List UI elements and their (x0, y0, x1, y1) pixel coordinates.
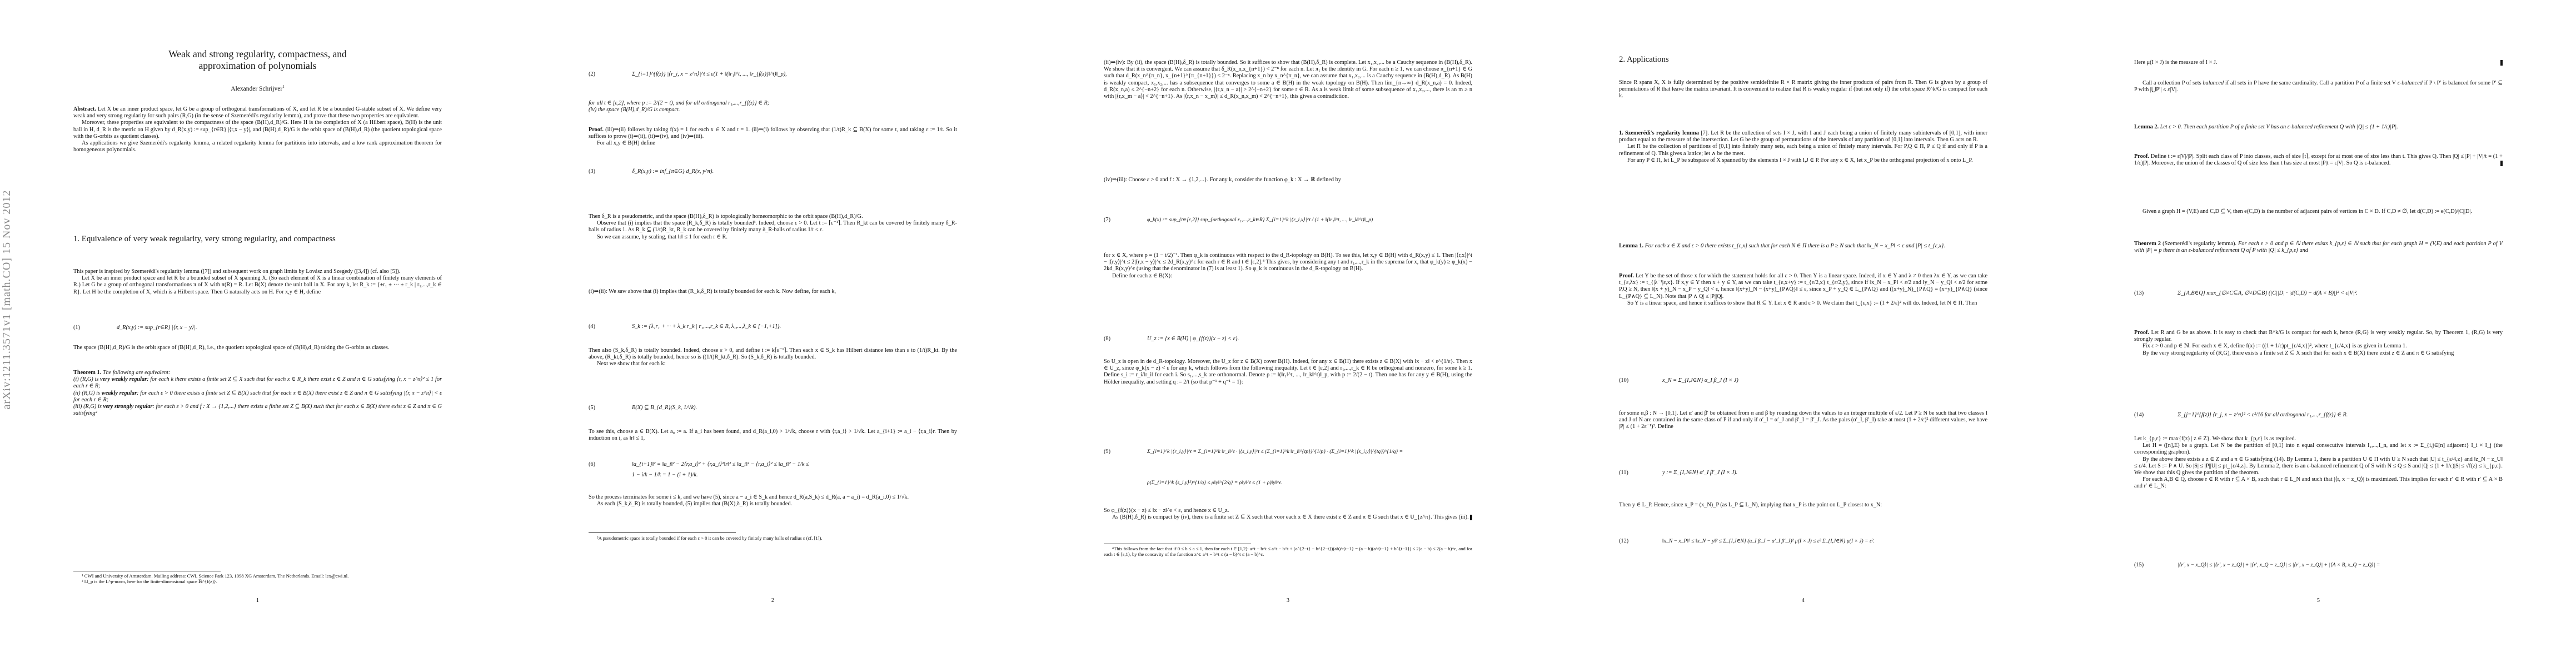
page-4: 2. Applications Since R spans X, X is fu… (1546, 0, 2061, 667)
arxiv-stamp: arXiv:1211.3571v1 [math.CO] 15 Nov 2012 (1, 130, 13, 469)
footnote-rule (73, 571, 221, 571)
page-1: arXiv:1211.3571v1 [math.CO] 15 Nov 2012 … (0, 0, 515, 667)
page-number: 5 (2061, 598, 2576, 604)
footnote-rule (1104, 544, 1251, 544)
footnotes: ¹ CWI and University of Amsterdam. Maili… (73, 573, 442, 584)
page-number: 1 (0, 598, 515, 604)
author: Alexander Schrijver1 (73, 84, 442, 92)
qed-mark (2500, 60, 2503, 66)
lemma-1: Lemma 1. For each x ∈ X and ε > 0 there … (1619, 243, 1987, 250)
proof: Proof. (iii)⇒(ii) follows by taking f(x)… (589, 127, 957, 147)
page-number: 4 (1546, 598, 2061, 604)
lemma-2: Lemma 2. Let ε > 0. Then each partition … (2134, 124, 2503, 131)
page-3: (ii)⇒(iv): By (ii), the space (B(H),δ_R)… (1030, 0, 1546, 667)
paper-title: Weak and strong regularity, compactness,… (73, 48, 442, 72)
equation-6: (6) ‖a_{i+1}‖² = ‖a_i‖² − 2⟨r,a_i⟩² + ⟨r… (589, 461, 957, 476)
equation-2: (2) Σ_{i=1}^{f(z)} |⟨r_i, x − z^π⟩|^t ≤ … (589, 67, 957, 89)
section-heading: 1. Equivalence of very weak regularity, … (73, 234, 442, 244)
qed-mark (2500, 161, 2503, 166)
page-number: 2 (515, 598, 1030, 604)
equation-9: (9) Σ_{i=1}^k |⟨r_i,y⟩|^t = Σ_{i=1}^k ‖r… (1104, 449, 1472, 482)
proof: Proof. Define t := ε|V|/|P|. Split each … (2134, 153, 2503, 167)
footnotes: ³A pseudometric space is totally bounded… (589, 535, 957, 541)
section-body: This paper is inspired by Szemerédi's re… (73, 268, 442, 296)
page-2: (2) Σ_{i=1}^{f(z)} |⟨r_i, x − z^π⟩|^t ≤ … (515, 0, 1030, 667)
section-heading: 2. Applications (1619, 54, 1987, 64)
abstract: Abstract. Let X be an inner product spac… (73, 106, 442, 153)
theorem-1: Theorem 1. The following are equivalent:… (73, 370, 442, 417)
theorem-2: Theorem 2 (Szemerédi's regularity lemma)… (2134, 241, 2503, 254)
qed-mark (1470, 515, 1472, 520)
proof: Proof. Let R and G be as above. It is ea… (2134, 330, 2503, 357)
page-number: 3 (1030, 598, 1546, 604)
page-5: Here μ(I × J) is the measure of I × J. C… (2061, 0, 2576, 667)
proof: Proof. Let Y be the set of those x for w… (1619, 273, 1987, 307)
footnotes: ⁴This follows from the fact that if 0 ≤ … (1104, 546, 1472, 557)
footnote-rule (589, 532, 736, 533)
